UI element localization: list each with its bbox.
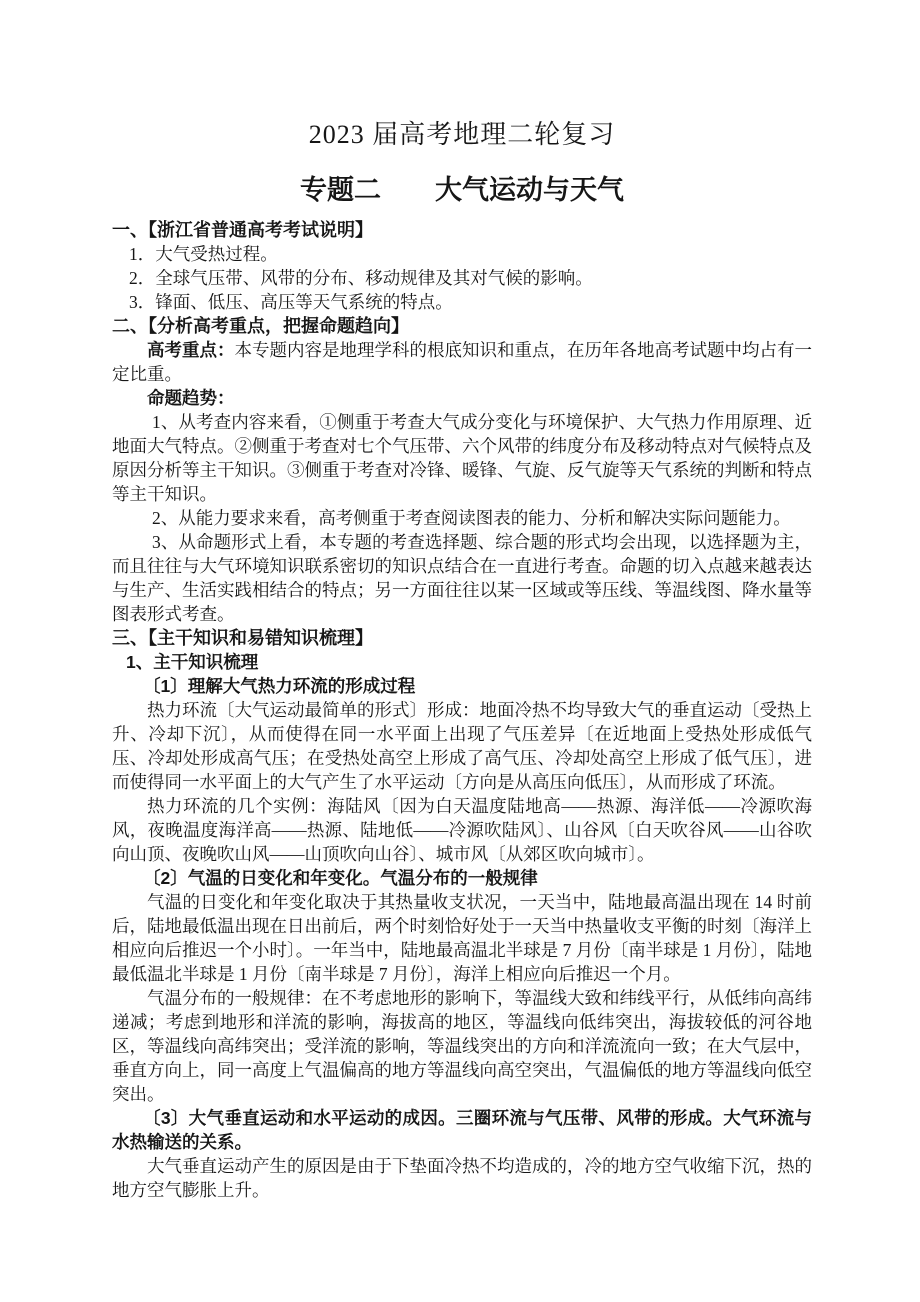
topic3-heading: 〔3〕大气垂直运动和水平运动的成因。三圈环流与气压带、风带的形成。大气环流与水热… bbox=[112, 1106, 812, 1154]
topic-atmospheric-motion: 〔3〕大气垂直运动和水平运动的成因。三圈环流与气压带、风带的形成。大气环流与水热… bbox=[112, 1106, 812, 1202]
trend-paragraph: 3、从命题形式上看，本专题的考查选择题、综合题的形式均会出现，以选择题为主，而且… bbox=[112, 530, 812, 626]
section-knowledge-review: 三、【主干知识和易错知识梳理】 1、主干知识梳理 〔1〕理解大气热力环流的形成过… bbox=[112, 626, 812, 1202]
exam-focus-lead: 高考重点： bbox=[147, 340, 235, 360]
trend-paragraph: 2、从能力要求来看，高考侧重于考查阅读图表的能力、分析和解决实际问题能力。 bbox=[112, 506, 812, 530]
document-page: 2023 届高考地理二轮复习 专题二 大气运动与天气 一、【浙江省普通高考考试说… bbox=[0, 0, 920, 1302]
topic3-paragraph: 大气垂直运动产生的原因是由于下垫面冷热不均造成的，冷的地方空气收缩下沉，热的地方… bbox=[112, 1154, 812, 1202]
trend-paragraph: 1、从考查内容来看，①侧重于考查大气成分变化与环境保护、大气热力作用原理、近地面… bbox=[112, 410, 812, 506]
trend-label: 命题趋势： bbox=[112, 386, 812, 410]
topic2-paragraph: 气温的日变化和年变化取决于其热量收支状况，一天当中，陆地最高温出现在 14 时前… bbox=[112, 890, 812, 986]
doc-title: 2023 届高考地理二轮复习 bbox=[112, 117, 812, 153]
section3-heading: 三、【主干知识和易错知识梳理】 bbox=[112, 626, 812, 650]
topic1-paragraph: 热力环流的几个实例：海陆风〔因为白天温度陆地高——热源、海洋低——冷源吹海风，夜… bbox=[112, 794, 812, 866]
section2-heading: 二、【分析高考重点，把握命题趋向】 bbox=[112, 314, 812, 338]
list-item: 2．全球气压带、风带的分布、移动规律及其对气候的影响。 bbox=[112, 266, 812, 290]
topic-temperature-variation: 〔2〕气温的日变化和年变化。气温分布的一般规律 气温的日变化和年变化取决于其热量… bbox=[112, 866, 812, 1106]
section-exam-description: 一、【浙江省普通高考考试说明】 1．大气受热过程。 2．全球气压带、风带的分布、… bbox=[112, 218, 812, 314]
topic-thermal-circulation: 〔1〕理解大气热力环流的形成过程 热力环流〔大气运动最简单的形式〕形成：地面冷热… bbox=[112, 674, 812, 866]
list-item: 3．锋面、低压、高压等天气系统的特点。 bbox=[112, 290, 812, 314]
doc-subtitle: 专题二 大气运动与天气 bbox=[112, 171, 812, 209]
topic2-heading: 〔2〕气温的日变化和年变化。气温分布的一般规律 bbox=[112, 866, 812, 890]
section-exam-analysis: 二、【分析高考重点，把握命题趋向】 高考重点：本专题内容是地理学科的根底知识和重… bbox=[112, 314, 812, 626]
knowledge-sub-heading: 1、主干知识梳理 bbox=[112, 650, 812, 674]
section1-heading: 一、【浙江省普通高考考试说明】 bbox=[112, 218, 812, 242]
topic1-paragraph: 热力环流〔大气运动最简单的形式〕形成：地面冷热不均导致大气的垂直运动〔受热上升、… bbox=[112, 698, 812, 794]
list-item: 1．大气受热过程。 bbox=[112, 242, 812, 266]
topic2-paragraph: 气温分布的一般规律：在不考虑地形的影响下，等温线大致和纬线平行，从低纬向高纬递减… bbox=[112, 986, 812, 1106]
topic1-heading: 〔1〕理解大气热力环流的形成过程 bbox=[112, 674, 812, 698]
exam-focus-paragraph: 高考重点：本专题内容是地理学科的根底知识和重点，在历年各地高考试题中均占有一定比… bbox=[112, 338, 812, 386]
